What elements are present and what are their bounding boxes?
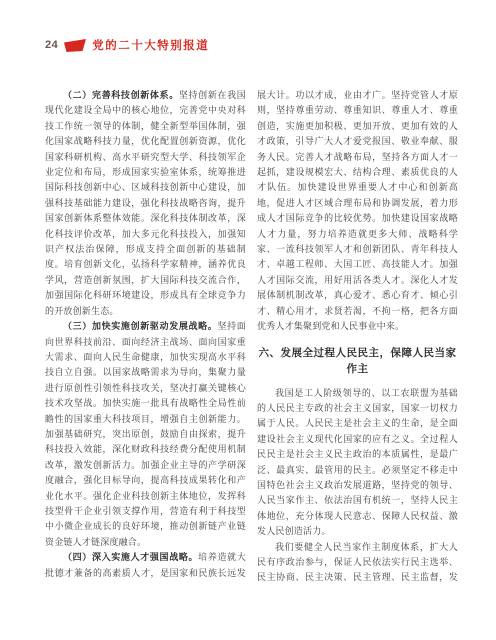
flag-icon <box>64 39 86 52</box>
page-header: 24 党的二十大特别报道 <box>45 37 209 53</box>
article-columns: （二）完善科技创新体系。坚持创新在我国现代化建设全局中的核心地位，完善党中央对科… <box>45 88 458 588</box>
section-heading: 六、发展全过程人民民主，保障人民当家作主 <box>257 345 458 377</box>
paragraph-lead: （三）加快实施创新驱动发展战略。 <box>63 321 217 331</box>
section-title: 党的二十大特别报道 <box>92 37 209 53</box>
body-paragraph: （二）完善科技创新体系。坚持创新在我国现代化建设全局中的核心地位，完善党中央对科… <box>45 88 246 319</box>
body-paragraph: 我国是工人阶级领导的、以工农联盟为基础的人民民主专政的社会主义国家，国家一切权力… <box>257 386 458 540</box>
paragraph-lead: （四）深入实施人才强国战略。 <box>63 552 198 562</box>
paragraph-lead: （二）完善科技创新体系。 <box>63 90 179 100</box>
body-paragraph: （三）加快实施创新驱动发展战略。坚持面向世界科技前沿、面向经济主战场、面向国家重… <box>45 319 246 550</box>
magazine-page: 24 党的二十大特别报道 （二）完善科技创新体系。坚持创新在我国现代化建设全局中… <box>0 0 496 640</box>
page-number: 24 <box>45 39 58 51</box>
